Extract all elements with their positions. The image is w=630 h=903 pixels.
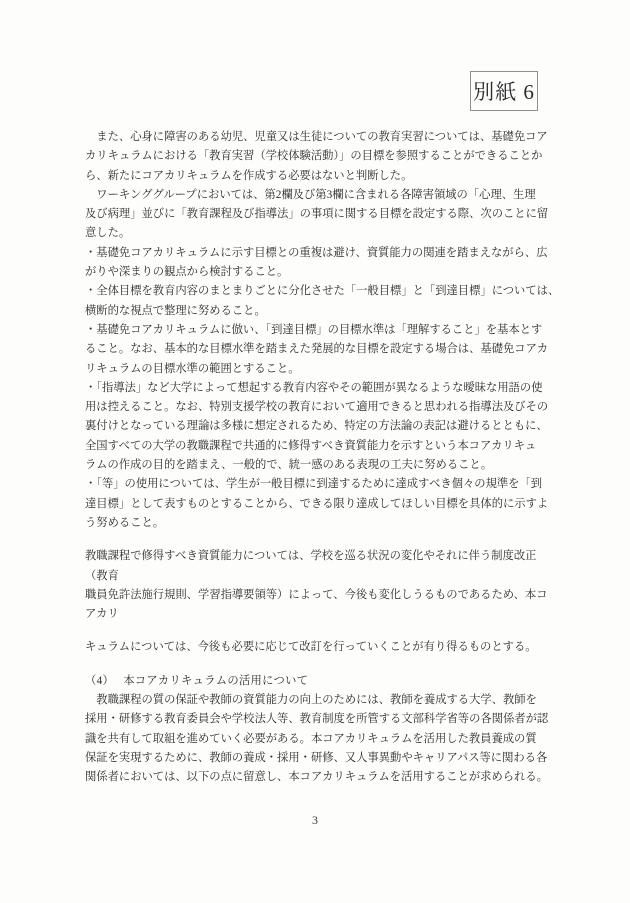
text-line: 教職課程の質の保証や教師の資質能力の向上のためには、教師を養成する大学、教師を	[85, 691, 547, 710]
text-block: ・全体目標を教育内容のまとまりごとに分化させた「一般目標」と「到達目標」について…	[85, 282, 547, 321]
blank-line	[85, 624, 547, 638]
text-line: 保証を実現するために、教師の養成・採用・研修、又人事異動やキャリアパス等に関わる…	[85, 749, 547, 768]
text-line: 関係者においては、以下の点に留意し、本コアカリキュラムを活用することが求められる…	[85, 768, 547, 787]
text-line: ・「等」の使用については、学生が一般目標に到達するために達成すべき個々の規準を「…	[85, 475, 547, 494]
text-block: ・基礎免コアカリキュラムに倣い、「到達目標」の目標水準は「理解すること」を基本と…	[85, 321, 547, 379]
text-line: （教育	[85, 567, 547, 586]
text-line: ラムの作成の目的を踏まえ、一般的で、統一感のある表現の工夫に努めること。	[85, 456, 547, 475]
text-block: ・「指導法」など大学によって想起する教育内容やその範囲が異なるような曖昧な用語の…	[85, 379, 547, 475]
document-page: 別紙 6 また、心身に障害のある幼児、児童又は生徒についての教育実習については、…	[0, 0, 630, 903]
text-block: キュラムについては、今後も必要に応じて改訂を行っていくことが有り得るものとする。	[85, 638, 547, 657]
text-line: ら、新たにコアカリキュラムを作成する必要はないと判断した。	[85, 167, 547, 186]
text-line: アカリ	[85, 605, 547, 624]
text-line: がりや深まりの観点から検討すること。	[85, 263, 547, 282]
text-line: 職員免許法施行規則、学習指導要領等）によって、今後も変化しうるものであるため、本…	[85, 586, 547, 605]
text-block: また、心身に障害のある幼児、児童又は生徒についての教育実習については、基礎免コア…	[85, 128, 547, 186]
text-line: ・全体目標を教育内容のまとまりごとに分化させた「一般目標」と「到達目標」について…	[85, 282, 547, 301]
text-line: う努めること。	[85, 514, 547, 533]
text-line: 意した。	[85, 224, 547, 243]
text-line: 教職課程で修得すべき資質能力については、学校を巡る状況の変化やそれに伴う制度改正	[85, 547, 547, 566]
text-line: 採用・研修する教育委員会や学校法人等、教育制度を所管する文部科学省等の各関係者が…	[85, 710, 547, 729]
text-line: カリキュラムにおける「教育実習（学校体験活動）」の目標を参照することができること…	[85, 147, 547, 166]
text-block: ・「等」の使用については、学生が一般目標に到達するために達成すべき個々の規準を「…	[85, 475, 547, 533]
text-block: ・基礎免コアカリキュラムに示す目標との重複は避け、資質能力の関連を踏まえながら、…	[85, 244, 547, 283]
text-line: 及び病理」並びに「教育課程及び指導法」の事項に関する目標を設定する際、次のことに…	[85, 205, 547, 224]
attachment-label-box: 別紙 6	[470, 71, 538, 111]
text-line: ること。なお、基本的な目標水準を踏まえた発展的な目標を設定する場合は、基礎免コア…	[85, 340, 547, 359]
document-body: また、心身に障害のある幼児、児童又は生徒についての教育実習については、基礎免コア…	[85, 128, 547, 788]
text-line: ・基礎免コアカリキュラムに示す目標との重複は避け、資質能力の関連を踏まえながら、…	[85, 244, 547, 263]
text-line: リキュラムの目標水準の範囲とすること。	[85, 360, 547, 379]
text-block: 教職課程で修得すべき資質能力については、学校を巡る状況の変化やそれに伴う制度改正…	[85, 547, 547, 624]
text-block: ワーキンググループにおいては、第2欄及び第3欄に含まれる各障害領域の「心理、生理…	[85, 186, 547, 244]
attachment-label: 別紙 6	[473, 76, 535, 106]
text-block: 教職課程の質の保証や教師の資質能力の向上のためには、教師を養成する大学、教師を採…	[85, 691, 547, 787]
text-line: 横断的な視点で整理に努めること。	[85, 302, 547, 321]
text-line: 達目標」として表すものとすることから、できる限り達成してほしい目標を具体的に示す…	[85, 495, 547, 514]
text-line: また、心身に障害のある幼児、児童又は生徒についての教育実習については、基礎免コア	[85, 128, 547, 147]
text-line: 用は控えること。なお、特別支援学校の教育において適用できると思われる指導法及びそ…	[85, 398, 547, 417]
blank-line	[85, 533, 547, 547]
text-line: キュラムについては、今後も必要に応じて改訂を行っていくことが有り得るものとする。	[85, 638, 547, 657]
blank-line	[85, 658, 547, 672]
text-line: （4） 本コアカリキュラムの活用について	[85, 672, 547, 691]
text-line: ワーキンググループにおいては、第2欄及び第3欄に含まれる各障害領域の「心理、生理	[85, 186, 547, 205]
text-line: ・基礎免コアカリキュラムに倣い、「到達目標」の目標水準は「理解すること」を基本と…	[85, 321, 547, 340]
text-block: （4） 本コアカリキュラムの活用について	[85, 672, 547, 691]
text-line: 裏付けとなっている理論は多様に想定されるため、特定の方法論の表記は避けるとともに…	[85, 417, 547, 436]
text-line: 全国すべての大学の教職課程で共通的に修得すべき資質能力を示すという本コアカリキュ	[85, 437, 547, 456]
page-number: 3	[0, 813, 630, 828]
text-line: 識を共有して取組を進めていく必要がある。本コアカリキュラムを活用した教員養成の質	[85, 730, 547, 749]
text-line: ・「指導法」など大学によって想起する教育内容やその範囲が異なるような曖昧な用語の…	[85, 379, 547, 398]
